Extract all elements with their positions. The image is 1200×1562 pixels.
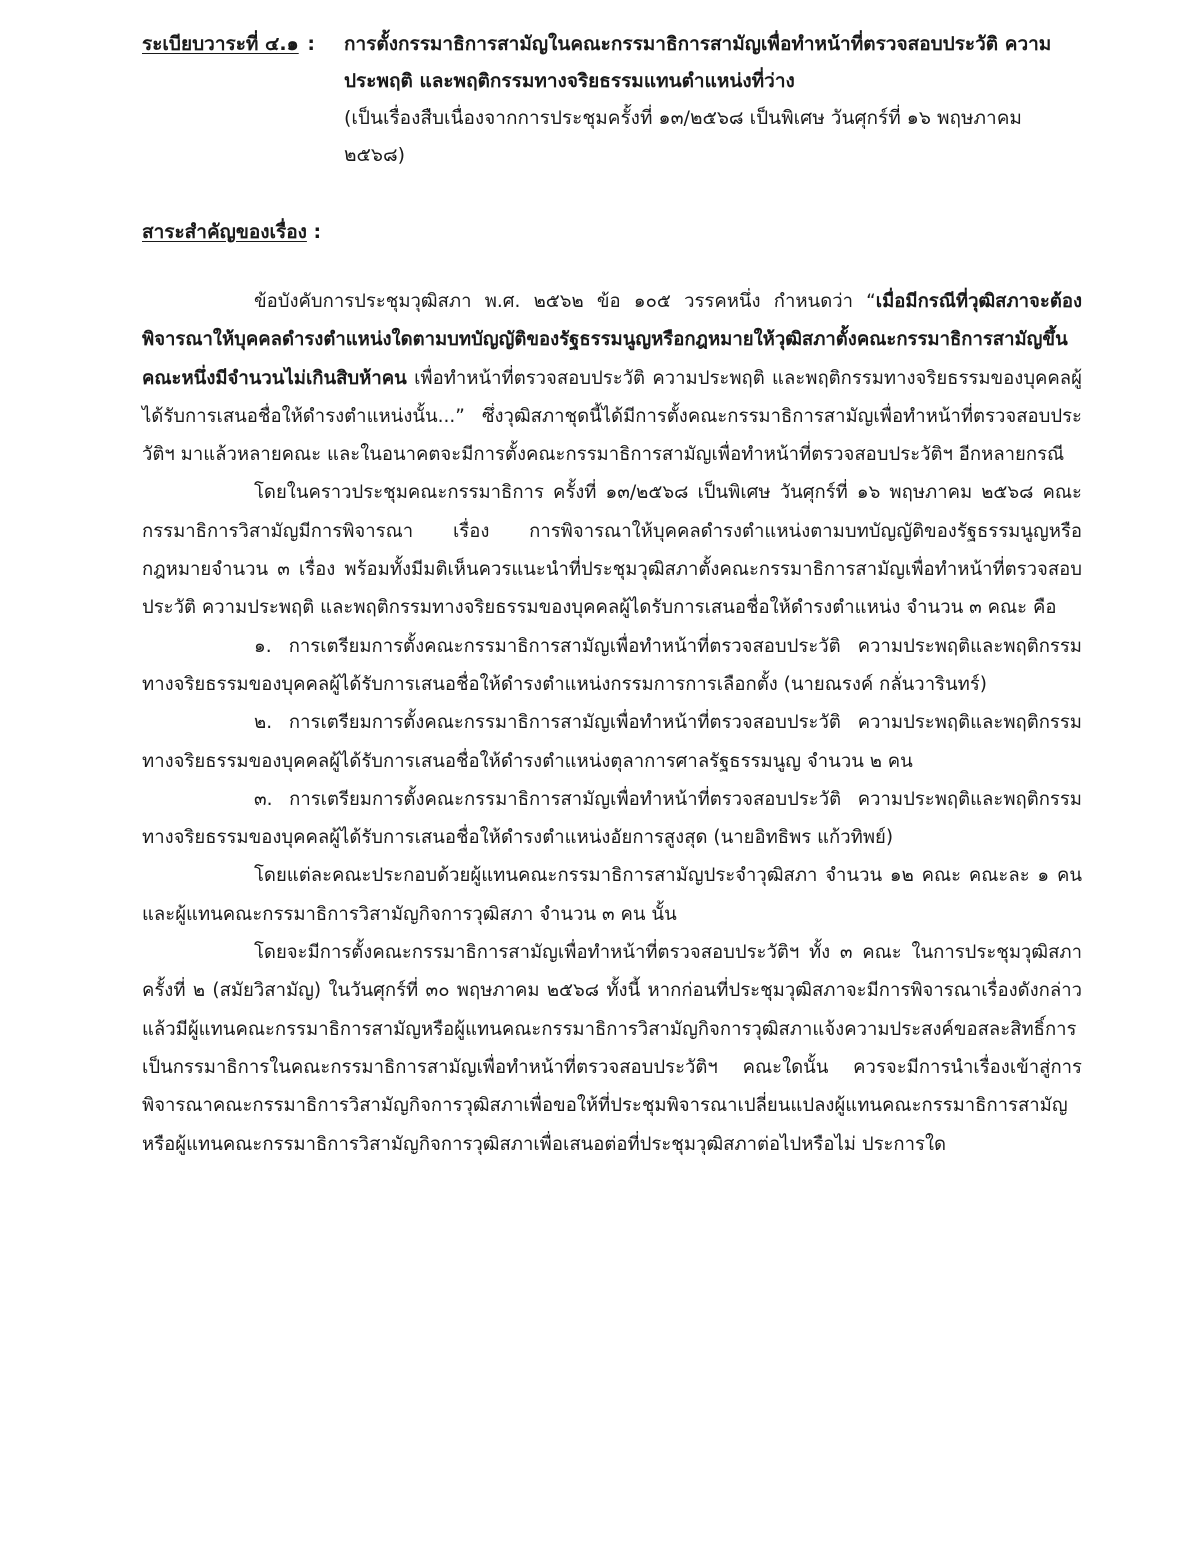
agenda-subtitle: (เป็นเรื่องสืบเนื่องจากการประชุมครั้งที่… [344,100,1082,174]
paragraph-meeting: โดยในคราวประชุมคณะกรรมาธิการ ครั้งที่ ๑๓… [142,474,1082,627]
paragraph-regulation-intro: ข้อบังคับการประชุมวุฒิสภา พ.ศ. ๒๕๖๒ ข้อ … [254,291,876,312]
agenda-body: การตั้งกรรมาธิการสามัญในคณะกรรมาธิการสาม… [332,26,1082,174]
agenda-colon: : [307,33,315,55]
section-heading-text: สาระสำคัญของเรื่อง [142,221,307,243]
agenda-number: ระเบียบวาระที่ ๔.๑ [142,33,299,55]
list-item: ๒. การเตรียมการตั้งคณะกรรมาธิการสามัญเพื… [142,704,1082,781]
agenda-header: ระเบียบวาระที่ ๔.๑ : การตั้งกรรมาธิการสา… [142,26,1082,174]
section-heading: สาระสำคัญของเรื่อง : [142,214,1082,251]
paragraph-composition: โดยแต่ละคณะประกอบด้วยผู้แทนคณะกรรมาธิการ… [142,857,1082,934]
list-item: ๑. การเตรียมการตั้งคณะกรรมาธิการสามัญเพื… [142,628,1082,705]
agenda-title: การตั้งกรรมาธิการสามัญในคณะกรรมาธิการสาม… [344,26,1082,100]
section-heading-colon: : [307,221,321,243]
list-item: ๓. การเตรียมการตั้งคณะกรรมาธิการสามัญเพื… [142,781,1082,858]
paragraph-regulation: ข้อบังคับการประชุมวุฒิสภา พ.ศ. ๒๕๖๒ ข้อ … [142,283,1082,474]
document-body: ข้อบังคับการประชุมวุฒิสภา พ.ศ. ๒๕๖๒ ข้อ … [142,283,1082,1164]
document-page: ระเบียบวาระที่ ๔.๑ : การตั้งกรรมาธิการสา… [142,26,1082,1164]
agenda-label: ระเบียบวาระที่ ๔.๑ : [142,26,332,63]
paragraph-schedule: โดยจะมีการตั้งคณะกรรมาธิการสามัญเพื่อทำห… [142,934,1082,1164]
